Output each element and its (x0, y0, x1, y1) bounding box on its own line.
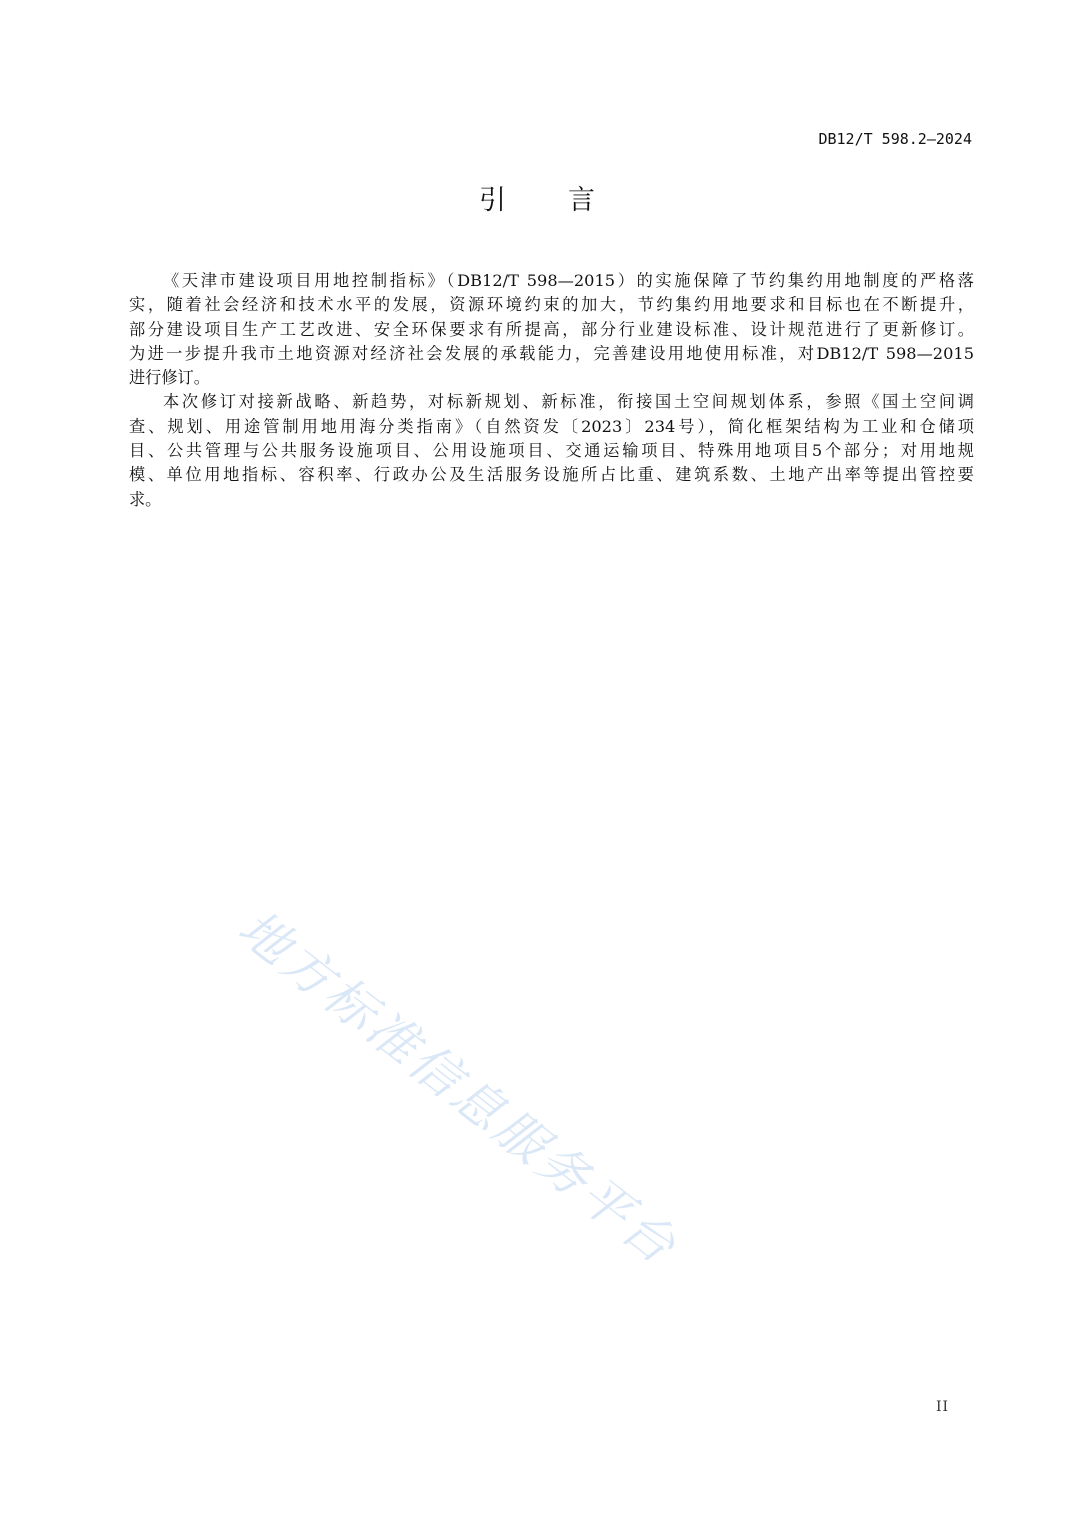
paragraph-2: 本次修订对接新战略、新趋势，对标新规划、新标准，衔接国土空间规划体系，参照《国土… (129, 390, 974, 511)
page-title: 引言 (0, 178, 1074, 217)
text-line: 《天津市建设项目用地控制指标》（DB12/T 598—2015）的实施保障了节约… (129, 269, 974, 293)
text-line: 本次修订对接新战略、新趋势，对标新规划、新标准，衔接国土空间规划体系，参照《国土… (129, 390, 974, 414)
text-line: 求。 (129, 488, 974, 512)
text-line: 部分建设项目生产工艺改进、安全环保要求有所提高，部分行业建设标准、设计规范进行了… (129, 318, 974, 342)
text-line: 模、单位用地指标、容积率、行政办公及生活服务设施所占比重、建筑系数、土地产出率等… (129, 463, 974, 487)
text-line: 查、规划、用途管制用地用海分类指南》（自然资发〔2023〕234号），简化框架结… (129, 415, 974, 439)
watermark: 地方标准信息服务平台 (226, 890, 822, 1378)
text-line: 为进一步提升我市土地资源对经济社会发展的承载能力，完善建设用地使用标准，对DB1… (129, 342, 974, 366)
title-char-1: 引 (479, 178, 506, 217)
page-number: II (936, 1399, 949, 1415)
document-code: DB12/T 598.2—2024 (818, 130, 972, 148)
paragraph-1: 《天津市建设项目用地控制指标》（DB12/T 598—2015）的实施保障了节约… (129, 269, 974, 390)
text-line: 目、公共管理与公共服务设施项目、公用设施项目、交通运输项目、特殊用地项目5个部分… (129, 439, 974, 463)
title-char-2: 言 (568, 178, 595, 217)
text-line: 进行修订。 (129, 366, 974, 390)
introduction-body: 《天津市建设项目用地控制指标》（DB12/T 598—2015）的实施保障了节约… (129, 269, 974, 512)
text-line: 实，随着社会经济和技术水平的发展，资源环境约束的加大，节约集约用地要求和目标也在… (129, 293, 974, 317)
